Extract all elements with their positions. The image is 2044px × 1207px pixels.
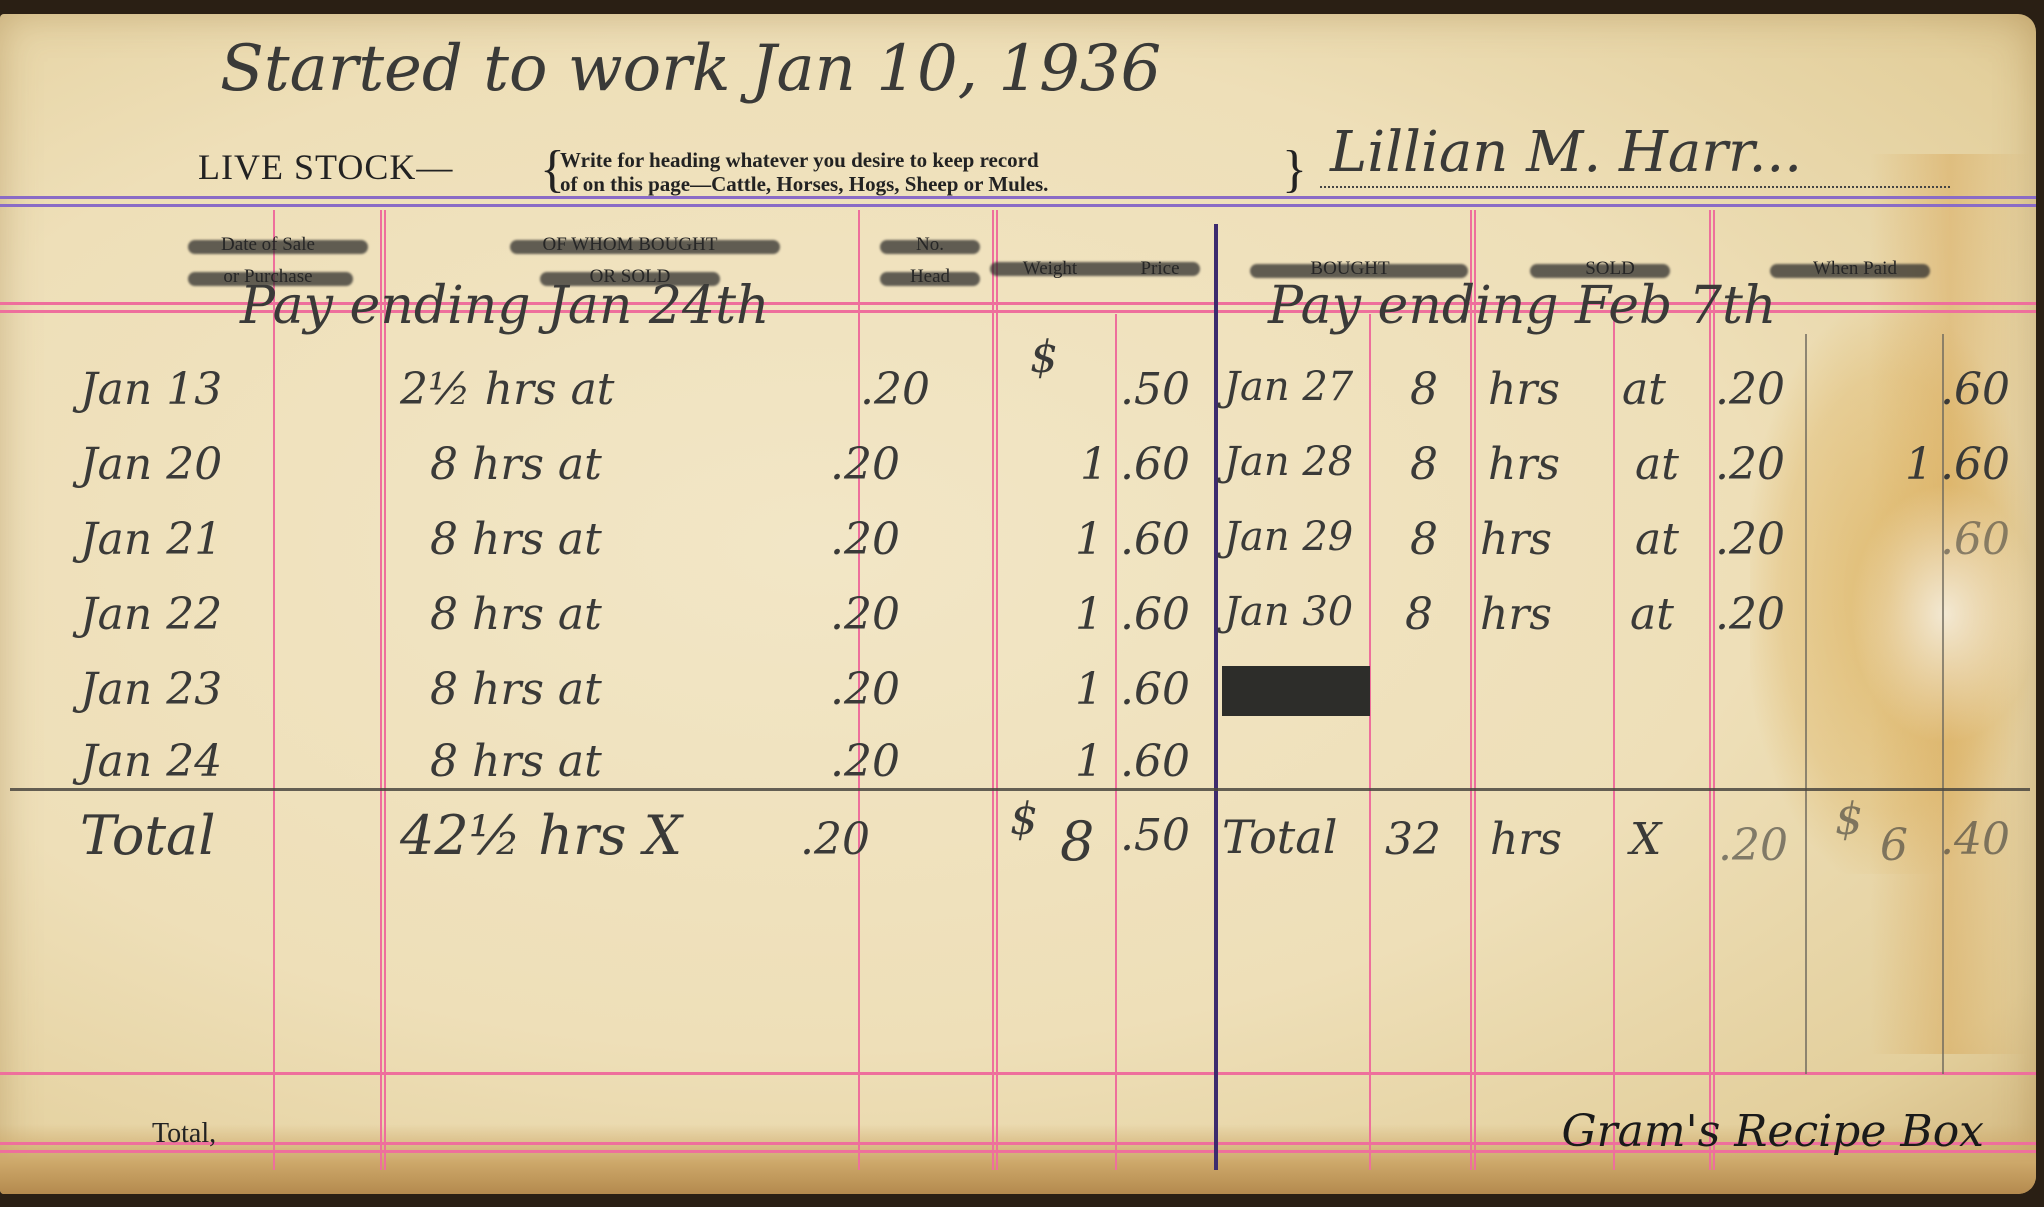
owner-name: Lillian M. Harr... <box>1330 120 1802 185</box>
strike-mark <box>990 262 1200 276</box>
right-row-rate: .20 <box>1715 439 1785 490</box>
left-row-cents: .60 <box>1120 514 1190 565</box>
left-row-hours: 8 hrs at <box>430 589 602 640</box>
right-total-dollar-sign: $ <box>1835 794 1863 845</box>
left-row-date: Jan 22 <box>80 589 222 640</box>
left-row-cents: .60 <box>1120 736 1190 787</box>
purple-rule <box>0 204 2036 207</box>
strike-mark <box>1770 264 1930 278</box>
right-row-qty: 8 <box>1405 589 1433 640</box>
dollar-sign: $ <box>1030 332 1058 383</box>
left-row-rate: .20 <box>830 514 900 565</box>
left-row-dollars: 1 <box>1080 439 1108 490</box>
left-period-label: Pay ending Jan 24th <box>240 276 769 336</box>
right-row-date: Jan 29 <box>1224 514 1353 560</box>
left-row-date: Jan 24 <box>80 736 222 787</box>
right-total-unit: hrs <box>1490 814 1562 865</box>
right-total-label: Total <box>1222 810 1337 864</box>
right-row-at: at <box>1630 589 1674 640</box>
right-brace: } <box>1282 140 1307 199</box>
right-total-cents: .40 <box>1940 814 2010 865</box>
right-row-rate: .20 <box>1715 364 1785 415</box>
right-row-rate: .20 <box>1715 589 1785 640</box>
form-instructions-line2: of on this page—Cattle, Horses, Hogs, Sh… <box>560 172 1048 196</box>
right-row-qty: 8 <box>1410 439 1438 490</box>
left-row-rate: .20 <box>830 439 900 490</box>
left-row-rate: .20 <box>830 589 900 640</box>
right-row-dollars: 1 <box>1905 439 1933 490</box>
column-rule <box>380 210 386 1170</box>
right-row-unit: hrs <box>1480 514 1552 565</box>
left-row-dollars: 1 <box>1075 664 1103 715</box>
left-row-rate: .20 <box>860 364 930 415</box>
column-rule <box>1709 210 1715 1170</box>
left-total-dollar-sign: $ <box>1010 794 1038 845</box>
right-row-unit: hrs <box>1488 364 1560 415</box>
watermark: Gram's Recipe Box <box>1561 1106 1984 1157</box>
right-row-rate: .20 <box>1715 514 1785 565</box>
left-row-cents: .60 <box>1120 664 1190 715</box>
name-dotted-line <box>1320 186 1950 188</box>
left-row-hours: 8 hrs at <box>430 514 602 565</box>
left-row-hours: 8 hrs at <box>430 439 602 490</box>
left-row-date: Jan 23 <box>80 664 222 715</box>
ledger-page: Started to work Jan 10, 1936 LIVE STOCK—… <box>0 14 2036 1194</box>
form-title: LIVE STOCK— <box>198 146 453 188</box>
strike-mark <box>880 240 980 254</box>
footer-total-label: Total, <box>152 1118 216 1150</box>
right-row-cents: .60 <box>1940 514 2010 565</box>
center-divider <box>1214 224 1218 1170</box>
left-total-dollars: 8 <box>1060 810 1094 873</box>
left-row-dollars: 1 <box>1075 736 1103 787</box>
right-row-qty: 8 <box>1410 364 1438 415</box>
left-row-dollars: 1 <box>1075 589 1103 640</box>
pink-rule <box>0 1072 2036 1075</box>
right-row-date: Jan 28 <box>1224 439 1353 485</box>
right-row-cents: .60 <box>1940 439 2010 490</box>
right-total-rate: .20 <box>1718 820 1788 871</box>
scribbled-out-entry <box>1222 666 1370 716</box>
right-row-date: Jan 27 <box>1224 364 1353 410</box>
strike-mark <box>880 272 980 286</box>
right-row-unit: hrs <box>1480 589 1552 640</box>
column-rule <box>1115 314 1117 1170</box>
right-row-at: at <box>1635 439 1679 490</box>
left-row-rate: .20 <box>830 736 900 787</box>
left-row-hours: 2½ hrs at <box>400 364 614 415</box>
left-total-hours: 42½ hrs X <box>400 804 682 867</box>
total-underline <box>10 788 2030 791</box>
left-row-date: Jan 21 <box>80 514 222 565</box>
left-row-date: Jan 13 <box>80 364 222 415</box>
left-total-cents: .50 <box>1120 810 1190 861</box>
column-rule <box>273 210 275 1170</box>
column-rule <box>992 210 998 1170</box>
right-row-qty: 8 <box>1410 514 1438 565</box>
right-row-unit: hrs <box>1488 439 1560 490</box>
left-row-dollars: 1 <box>1075 514 1103 565</box>
column-rule <box>1369 314 1371 1170</box>
pencil-column-rule <box>1805 334 1807 1074</box>
left-total-label: Total <box>80 804 216 867</box>
left-row-date: Jan 20 <box>80 439 222 490</box>
right-total-qty: 32 <box>1385 814 1441 865</box>
form-instructions: Write for heading whatever you desire to… <box>560 148 1048 196</box>
right-row-cents: .60 <box>1940 364 2010 415</box>
left-row-cents: .60 <box>1120 439 1190 490</box>
strike-mark <box>510 240 780 254</box>
right-total-dollars: 6 <box>1880 820 1908 871</box>
right-row-at: at <box>1622 364 1666 415</box>
left-row-hours: 8 hrs at <box>430 736 602 787</box>
left-row-cents: .50 <box>1120 364 1190 415</box>
column-rule <box>1613 314 1615 1170</box>
strike-mark <box>188 240 368 254</box>
right-period-label: Pay ending Feb 7th <box>1268 276 1776 336</box>
column-rule <box>1470 210 1476 1170</box>
right-total-x: X <box>1630 814 1661 865</box>
left-row-cents: .60 <box>1120 589 1190 640</box>
left-row-rate: .20 <box>830 664 900 715</box>
form-instructions-line1: Write for heading whatever you desire to… <box>560 148 1048 172</box>
left-row-hours: 8 hrs at <box>430 664 602 715</box>
start-note: Started to work Jan 10, 1936 <box>220 32 1161 106</box>
purple-rule <box>0 196 2036 199</box>
right-row-date: Jan 30 <box>1224 589 1353 635</box>
right-row-at: at <box>1635 514 1679 565</box>
left-total-rate: .20 <box>800 814 870 865</box>
